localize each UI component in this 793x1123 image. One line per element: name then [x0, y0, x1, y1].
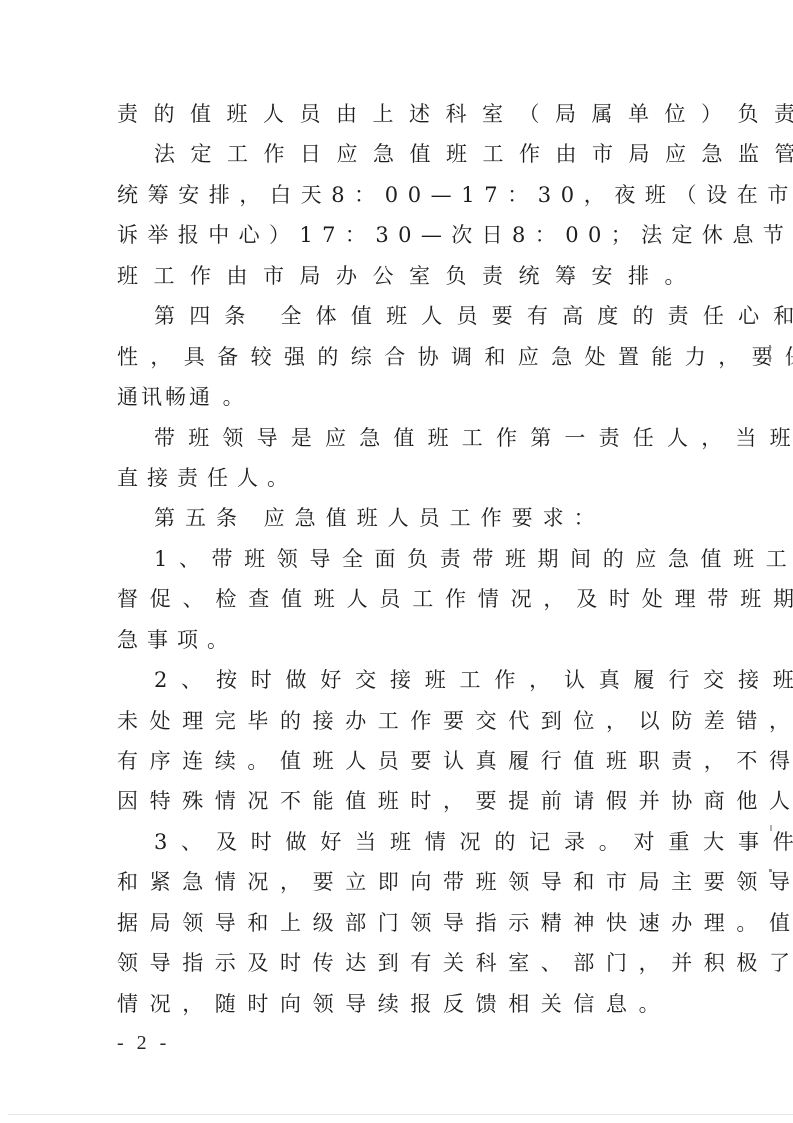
item-1-line-3: 急事项。	[117, 620, 717, 660]
document-page: 责的值班人员由上述科室（局属单位）负责人安排。 法定工作日应急值班工作由市局应急…	[0, 0, 793, 1123]
item-3-line-5: 情况，随时向领导续报反馈相关信息。	[117, 984, 717, 1024]
text-line-8: 通讯畅通 。	[117, 377, 717, 417]
text-line-2: 法定工作日应急值班工作由市局应急监管科负责牵头	[117, 134, 717, 174]
text-line-7: 性，具备较强的综合协调和应急处置能力，要保证24小时	[117, 337, 717, 377]
page-bottom-edge	[8, 1114, 793, 1115]
article-4-heading-line: 第四条 全体值班人员要有高度的责任心和政治敏感	[117, 296, 717, 336]
scan-artifact-mark	[770, 825, 772, 831]
item-2-line-3: 有序连续。值班人员要认真履行值班职责，不得擅自离岗，	[117, 741, 717, 781]
text-line-3: 统筹安排，白天8：00—17：30，夜班（设在市局12315投	[117, 175, 717, 215]
document-body: 责的值班人员由上述科室（局属单位）负责人安排。 法定工作日应急值班工作由市局应急…	[117, 94, 717, 1024]
scan-artifact-mark	[769, 355, 771, 362]
page-number: - 2 -	[117, 1032, 170, 1055]
item-1-line-1: 1、带班领导全面负责带班期间的应急值班工作,协调、	[117, 539, 717, 579]
article-5-heading-line: 第五条 应急值班人员工作要求：	[117, 498, 717, 538]
item-1-line-2: 督促、检查值班人员工作情况，及时处理带班期间发生的应	[117, 579, 717, 619]
item-3-line-3: 据局领导和上级部门领导指示精神快速办理。值班人员要将	[117, 903, 717, 943]
item-2-line-4: 因特殊情况不能值班时，要提前请假并协商他人顶替值班。	[117, 781, 717, 821]
scan-artifact-mark	[769, 869, 772, 872]
item-2-line-1: 2、按时做好交接班工作，认真履行交接班手续，当班	[117, 660, 717, 700]
item-2-line-2: 未处理完毕的接办工作要交代到位，以防差错，确保工作的	[117, 701, 717, 741]
item-3-line-4: 领导指示及时传达到有关科室、部门，并积极了解事态进展	[117, 943, 717, 983]
item-3-line-1: 3、及时做好当班情况的记录。对重大事件、突发事件	[117, 822, 717, 862]
text-line-1: 责的值班人员由上述科室（局属单位）负责人安排。	[117, 94, 717, 134]
scan-artifact-mark	[769, 345, 771, 351]
text-line-4: 诉举报中心）17：30—次日8：00；法定休息节假日应急值	[117, 215, 717, 255]
text-line-9: 带班领导是应急值班工作第一责任人，当班值班人员是	[117, 418, 717, 458]
text-line-10: 直接责任人。	[117, 458, 717, 498]
text-line-5: 班工作由市局办公室负责统筹安排。	[117, 256, 717, 296]
item-3-line-2: 和紧急情况，要立即向带班领导和市局主要领导报告，并根	[117, 862, 717, 902]
